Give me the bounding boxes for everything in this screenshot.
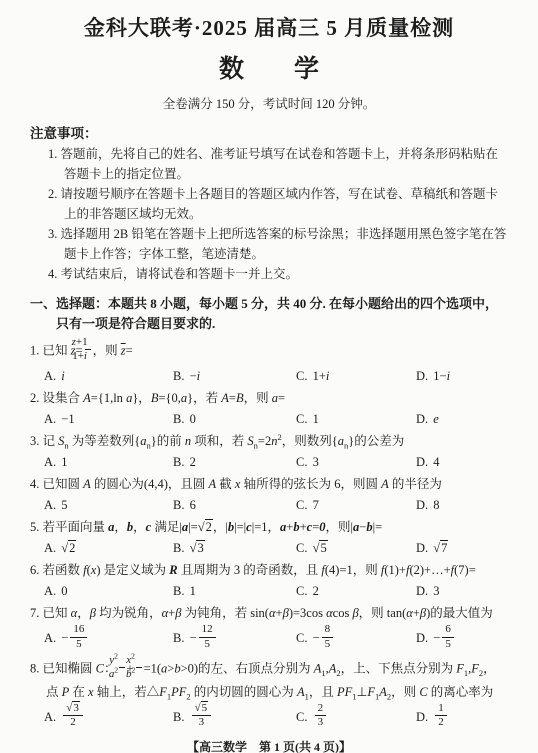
option-label: B.	[173, 541, 188, 555]
question-2-option-A: A. −1	[44, 410, 173, 429]
option-label: A.	[44, 369, 59, 383]
option-label: A.	[44, 498, 59, 512]
option-label: B.	[173, 631, 188, 645]
question-4: 4. 已知圆 A 的圆心为(4,4)，且圆 A 截 x 轴所得的弦长为 6，则圆…	[30, 475, 508, 515]
question-5-option-D: D. √7	[416, 539, 508, 558]
question-8-option-D: D. 12	[416, 704, 508, 731]
question-2: 2. 设集合 A={1,ln a}，B={0,a}，若 A=B，则 a=A. −…	[30, 389, 508, 429]
option-label: C.	[296, 498, 311, 512]
option-label: D.	[416, 541, 431, 555]
option-label: B.	[173, 369, 188, 383]
exam-info: 全卷满分 150 分，考试时间 120 分钟。	[30, 94, 508, 112]
option-label: D.	[416, 584, 431, 598]
question-2-options: A. −1B. 0C. 1D. e	[30, 410, 508, 429]
option-label: A.	[44, 455, 59, 469]
question-7-option-D: D. −65	[416, 625, 508, 652]
question-6: 6. 若函数 f(x) 是定义域为 R 且周期为 3 的奇函数，且 f(4)=1…	[30, 561, 508, 601]
question-3-option-B: B. 2	[173, 453, 296, 472]
question-number: 2.	[30, 391, 43, 405]
question-8-option-B: B. √53	[173, 704, 296, 731]
question-3-option-D: D. 4	[416, 453, 508, 472]
option-label: B.	[173, 710, 188, 724]
option-label: D.	[416, 412, 431, 426]
option-label: B.	[173, 455, 188, 469]
question-8-stem: 8. 已知椭圆 C：y2a2+x2b2=1(a>b>0)的左、右顶点分别为 A1…	[30, 656, 508, 702]
questions: 1. 已知 z=z+11+i，则 z=A. iB. −iC. 1+iD. 1−i…	[30, 338, 508, 732]
subject-title: 数 学	[30, 49, 508, 85]
section1-heading: 一、选择题：本题共 8 小题，每小题 5 分，共 40 分. 在每小题给出的四个…	[30, 294, 508, 334]
option-label: B.	[173, 498, 188, 512]
question-number: 1.	[30, 344, 43, 358]
option-label: C.	[296, 584, 311, 598]
option-label: A.	[44, 541, 59, 555]
question-8: 8. 已知椭圆 C：y2a2+x2b2=1(a>b>0)的左、右顶点分别为 A1…	[30, 656, 508, 732]
option-label: C.	[296, 369, 311, 383]
question-1: 1. 已知 z=z+11+i，则 z=A. iB. −iC. 1+iD. 1−i	[30, 338, 508, 386]
question-5-option-B: B. √3	[173, 539, 296, 558]
question-1-stem: 1. 已知 z=z+11+i，则 z=	[30, 338, 508, 365]
question-6-option-B: B. 1	[173, 582, 296, 601]
question-number: 8.	[30, 661, 43, 675]
option-label: C.	[296, 710, 311, 724]
option-label: B.	[173, 412, 188, 426]
option-label: A.	[44, 412, 59, 426]
question-7-option-C: C. −85	[296, 625, 416, 652]
question-6-stem: 6. 若函数 f(x) 是定义域为 R 且周期为 3 的奇函数，且 f(4)=1…	[30, 561, 508, 580]
question-4-options: A. 5B. 6C. 7D. 8	[30, 496, 508, 515]
question-6-option-C: C. 2	[296, 582, 416, 601]
question-3-option-A: A. 1	[44, 453, 173, 472]
question-3-stem: 3. 记 Sn 为等差数列{an}的前 n 项和，若 Sn=2n2，则数列{an…	[30, 432, 508, 451]
question-number: 3.	[30, 434, 43, 448]
option-label: C.	[296, 455, 311, 469]
question-5-stem: 5. 若平面向量 a，b，c 满足|a|=√2，|b|=|c|=1，a+b+c=…	[30, 518, 508, 537]
question-1-option-B: B. −i	[173, 367, 296, 386]
question-4-stem: 4. 已知圆 A 的圆心为(4,4)，且圆 A 截 x 轴所得的弦长为 6，则圆…	[30, 475, 508, 494]
page-footer: 【高三数学 第 1 页(共 4 页)】	[30, 738, 508, 753]
question-2-option-D: D. e	[416, 410, 508, 429]
option-label: D.	[416, 631, 431, 645]
notice-item-1: 1. 答题前，先将自己的姓名、准考证号填写在试卷和答题卡上，并将条形码粘贴在答题…	[30, 144, 508, 184]
question-6-option-A: A. 0	[44, 582, 173, 601]
option-label: B.	[173, 584, 188, 598]
question-7-option-B: B. −125	[173, 625, 296, 652]
question-3-options: A. 1B. 2C. 3D. 4	[30, 453, 508, 472]
question-5-options: A. √2B. √3C. √5D. √7	[30, 539, 508, 558]
option-label: A.	[44, 710, 59, 724]
option-label: D.	[416, 455, 431, 469]
question-number: 5.	[30, 520, 43, 534]
question-3: 3. 记 Sn 为等差数列{an}的前 n 项和，若 Sn=2n2，则数列{an…	[30, 432, 508, 472]
question-2-option-C: C. 1	[296, 410, 416, 429]
notice-item-4: 4. 考试结束后，请将试卷和答题卡一并上交。	[30, 264, 508, 284]
question-6-option-D: D. 3	[416, 582, 508, 601]
option-label: D.	[416, 369, 431, 383]
question-1-option-C: C. 1+i	[296, 367, 416, 386]
exam-paper-page: 金科大联考·2025 届高三 5 月质量检测 数 学 全卷满分 150 分，考试…	[0, 0, 538, 753]
option-label: D.	[416, 710, 431, 724]
question-6-options: A. 0B. 1C. 2D. 3	[30, 582, 508, 601]
option-label: C.	[296, 631, 311, 645]
question-number: 4.	[30, 477, 43, 491]
question-5-option-A: A. √2	[44, 539, 173, 558]
question-3-option-C: C. 3	[296, 453, 416, 472]
question-number: 6.	[30, 563, 43, 577]
question-7-stem: 7. 已知 α，β 均为锐角，α+β 为钝角，若 sin(α+β)=3cos α…	[30, 604, 508, 623]
question-5-option-C: C. √5	[296, 539, 416, 558]
question-7-options: A. −165B. −125C. −85D. −65	[30, 625, 508, 652]
notice-section: 注意事项： 1. 答题前，先将自己的姓名、准考证号填写在试卷和答题卡上，并将条形…	[30, 123, 508, 284]
page-title: 金科大联考·2025 届高三 5 月质量检测	[30, 12, 508, 42]
question-1-option-A: A. i	[44, 367, 173, 386]
notice-item-2: 2. 请按题号顺序在答题卡上各题目的答题区域内作答，写在试卷、草稿纸和答题卡上的…	[30, 184, 508, 224]
question-2-stem: 2. 设集合 A={1,ln a}，B={0,a}，若 A=B，则 a=	[30, 389, 508, 408]
option-label: D.	[416, 498, 431, 512]
notice-item-3: 3. 选择题用 2B 铅笔在答题卡上把所选答案的标号涂黑；非选择题用黑色签字笔在…	[30, 224, 508, 264]
option-label: C.	[296, 412, 311, 426]
question-4-option-B: B. 6	[173, 496, 296, 515]
option-label: A.	[44, 631, 59, 645]
question-4-option-D: D. 8	[416, 496, 508, 515]
question-7-option-A: A. −165	[44, 625, 173, 652]
question-5: 5. 若平面向量 a，b，c 满足|a|=√2，|b|=|c|=1，a+b+c=…	[30, 518, 508, 558]
question-7: 7. 已知 α，β 均为锐角，α+β 为钝角，若 sin(α+β)=3cos α…	[30, 604, 508, 652]
question-number: 7.	[30, 606, 43, 620]
question-8-option-A: A. √32	[44, 704, 173, 731]
question-4-option-C: C. 7	[296, 496, 416, 515]
notice-heading: 注意事项：	[30, 123, 508, 144]
question-8-options: A. √32B. √53C. 23D. 12	[30, 704, 508, 731]
question-1-options: A. iB. −iC. 1+iD. 1−i	[30, 367, 508, 386]
question-4-option-A: A. 5	[44, 496, 173, 515]
question-8-option-C: C. 23	[296, 704, 416, 731]
question-1-option-D: D. 1−i	[416, 367, 508, 386]
option-label: A.	[44, 584, 59, 598]
option-label: C.	[296, 541, 311, 555]
question-2-option-B: B. 0	[173, 410, 296, 429]
